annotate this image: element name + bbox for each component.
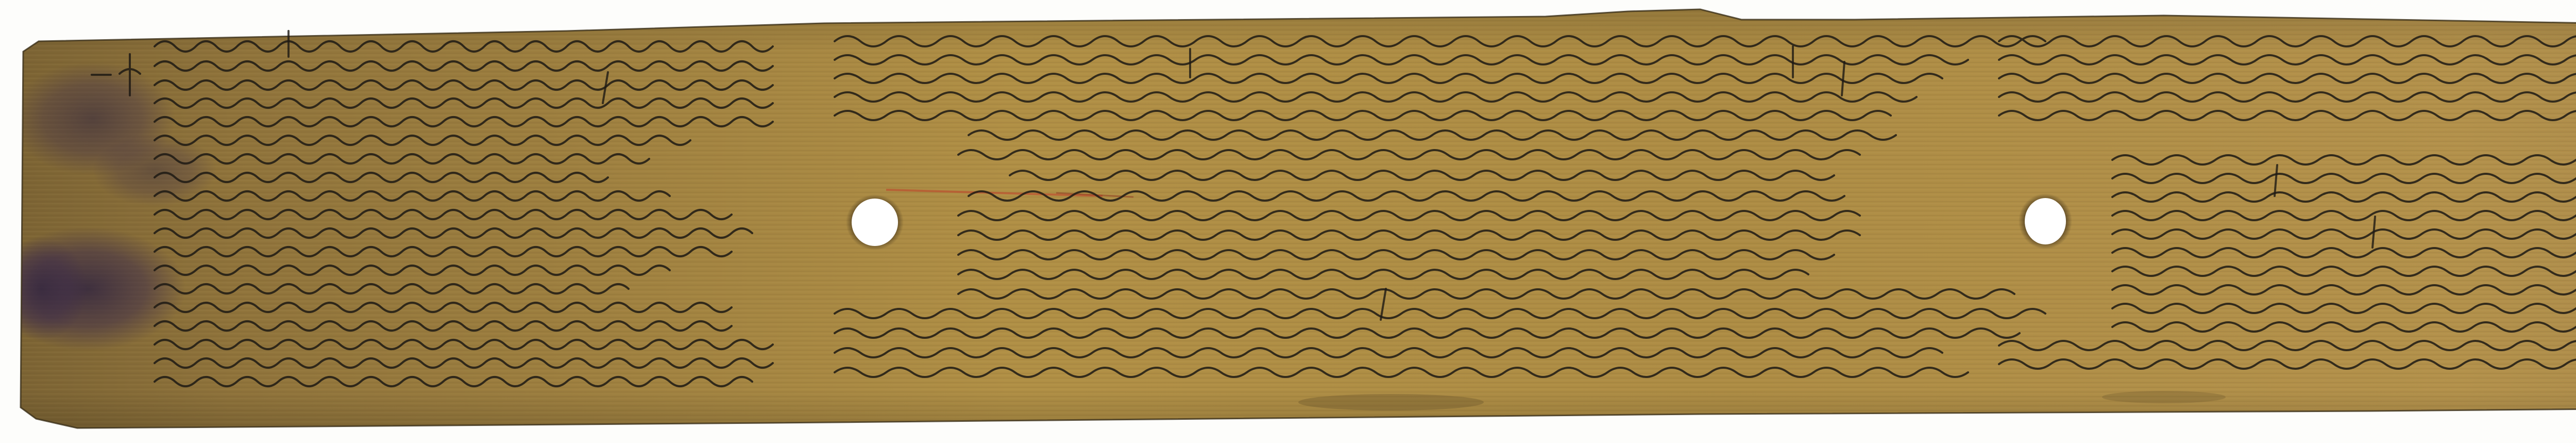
palm-leaf	[0, 0, 2576, 443]
string-hole-right	[2019, 193, 2072, 249]
string-hole-left	[846, 194, 904, 250]
scan-background: 2 8 8 289	[0, 0, 2576, 443]
palm-leaf-graphic	[0, 0, 2576, 443]
